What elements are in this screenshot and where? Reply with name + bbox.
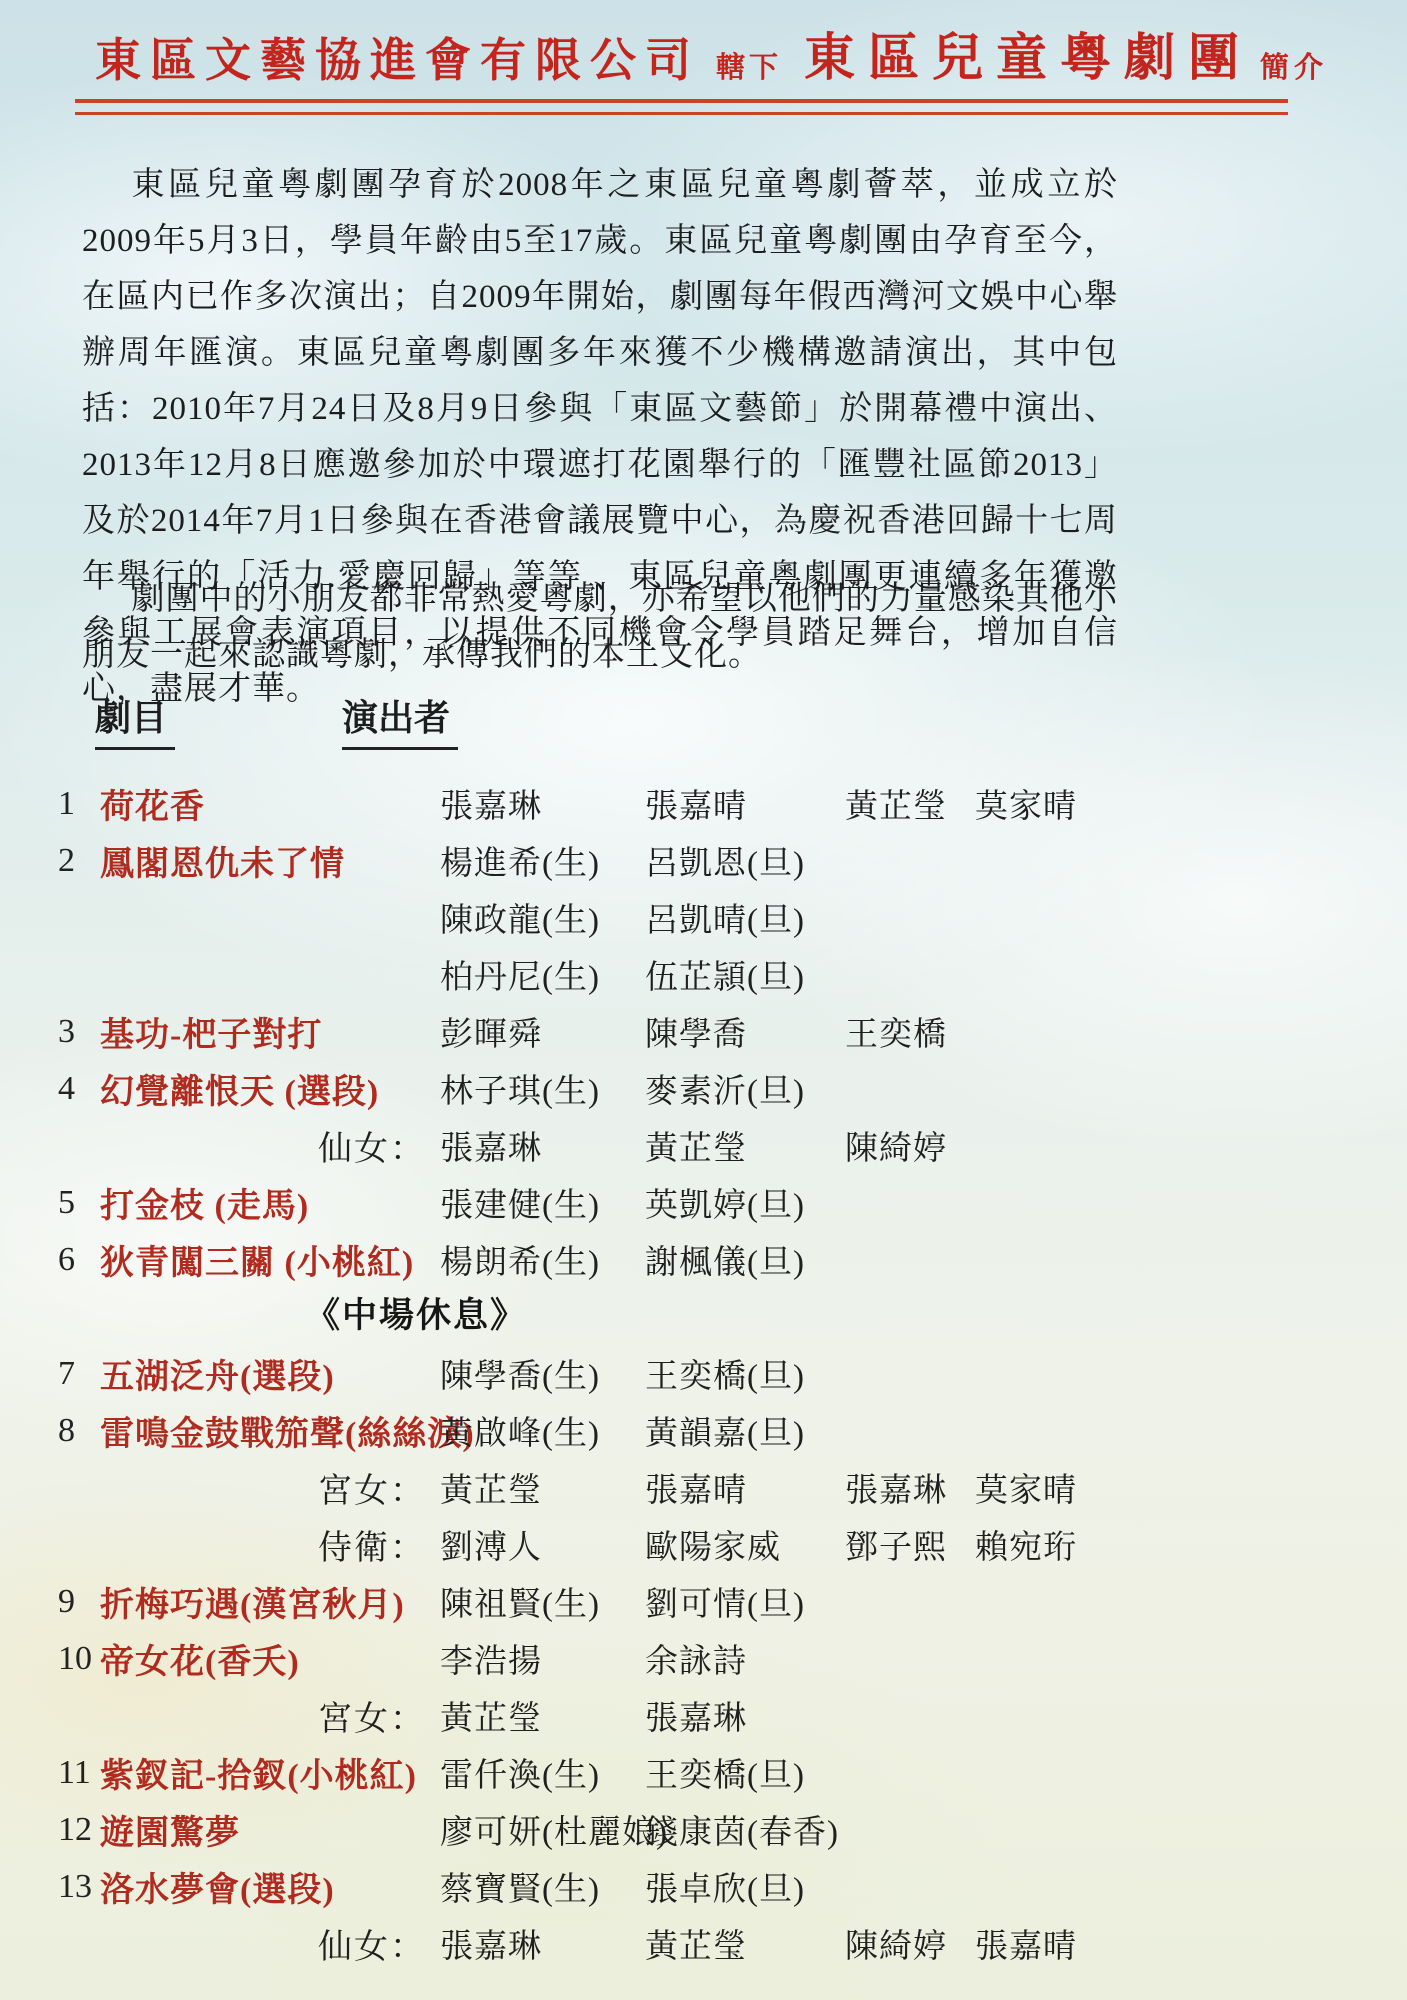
performer-name: 張嘉晴 <box>645 780 845 827</box>
program-item-title: 鳳閣恩仇未了情 <box>100 836 440 885</box>
performer-name: 楊進希(生) <box>440 837 645 884</box>
program-item-number: 7 <box>58 1355 100 1393</box>
performer-name: 張建健(生) <box>440 1179 645 1226</box>
program-row: 10帝女花(香夭)李浩揚余詠詩 <box>58 1630 1367 1687</box>
performer-name: 蔡寶賢(生) <box>440 1863 645 1910</box>
program-item-number: 3 <box>58 1013 100 1051</box>
performer-name: 劉可情(旦) <box>645 1578 845 1625</box>
program-row: 侍衛：劉溥人歐陽家威鄧子熙賴宛珩 <box>58 1516 1367 1573</box>
performer-name: 彭暉舜 <box>440 1008 645 1055</box>
program-item-title: 雷鳴金鼓戰笳聲(絲絲淚) <box>100 1406 440 1455</box>
performer-name: 歐陽家威 <box>645 1521 845 1568</box>
doc-title-troupe: 東區兒童粵劇團 <box>804 16 1252 90</box>
performer-name: 余詠詩 <box>645 1635 845 1682</box>
doc-title-company: 東區文藝協進會有限公司 <box>95 24 700 90</box>
performer-name: 王奕橋 <box>845 1008 975 1055</box>
program-row: 8雷鳴金鼓戰笳聲(絲絲淚)黃啟峰(生)黃韻嘉(旦) <box>58 1402 1367 1459</box>
performer-name: 呂凱恩(旦) <box>645 837 845 884</box>
program-item-title: 幻覺離恨天 (選段) <box>100 1064 440 1113</box>
performer-name: 陳綺婷 <box>845 1122 975 1169</box>
program-item-title: 狄青闖三關 (小桃紅) <box>100 1235 440 1284</box>
program-item-number: 10 <box>58 1640 100 1678</box>
performer-name: 賴宛珩 <box>975 1521 1367 1568</box>
performer-name: 陳綺婷 <box>845 1920 975 1967</box>
program-row: 宮女：黃芷瑩張嘉晴張嘉琳莫家晴 <box>58 1459 1367 1516</box>
program-item-number: 5 <box>58 1184 100 1222</box>
performer-name: 楊朗希(生) <box>440 1236 645 1283</box>
column-header-performers: 演出者 <box>342 690 458 750</box>
program-row: 4幻覺離恨天 (選段)林子琪(生)麥素沂(旦) <box>58 1060 1367 1117</box>
performer-name: 陳學喬(生) <box>440 1350 645 1397</box>
performer-name: 李浩揚 <box>440 1635 645 1682</box>
performer-name: 莫家晴 <box>975 780 1367 827</box>
performer-name: 張嘉琳 <box>645 1692 845 1739</box>
performer-name: 張嘉晴 <box>975 1920 1367 1967</box>
program-row: 6狄青闖三關 (小桃紅)楊朗希(生)謝楓儀(旦) <box>58 1231 1367 1288</box>
performer-name: 陳學喬 <box>645 1008 845 1055</box>
program-row: 柏丹尼(生)伍芷頴(旦) <box>58 946 1367 1003</box>
program-item-title: 帝女花(香夭) <box>100 1634 440 1683</box>
program-item-title: 洛水夢會(選段) <box>100 1862 440 1911</box>
role-prefix: 仙女： <box>100 1121 440 1170</box>
intermission-label: 《中場休息》 <box>305 1296 527 1335</box>
program-row: 2鳳閣恩仇未了情楊進希(生)呂凱恩(旦) <box>58 832 1367 889</box>
role-prefix: 宮女： <box>100 1463 440 1512</box>
performer-name: 劉溥人 <box>440 1521 645 1568</box>
performer-name: 麥素沂(旦) <box>645 1065 845 1112</box>
program-item-number: 9 <box>58 1583 100 1621</box>
program-row: 11紫釵記-拾釵(小桃紅)雷仟渙(生)王奕橋(旦) <box>58 1744 1367 1801</box>
performer-name: 黃芷瑩 <box>645 1920 845 1967</box>
role-prefix: 仙女： <box>100 1919 440 1968</box>
performer-name: 雷仟渙(生) <box>440 1749 645 1796</box>
program-row: 宮女：黃芷瑩張嘉琳 <box>58 1687 1367 1744</box>
program-row: 13洛水夢會(選段)蔡寶賢(生)張卓欣(旦) <box>58 1858 1367 1915</box>
program-item-title: 荷花香 <box>100 779 440 828</box>
program-row: 12遊園驚夢廖可妍(杜麗娘)錢康茵(春香) <box>58 1801 1367 1858</box>
program-row: 仙女：張嘉琳黃芷瑩陳綺婷 <box>58 1117 1367 1174</box>
program-item-number: 11 <box>58 1754 100 1792</box>
performer-name: 錢康茵(春香) <box>645 1806 845 1853</box>
performer-name: 陳祖賢(生) <box>440 1578 645 1625</box>
program-item-title: 折梅巧遇(漢宮秋月) <box>100 1577 440 1626</box>
performer-name: 王奕橋(旦) <box>645 1350 845 1397</box>
role-prefix: 侍衛： <box>100 1520 440 1569</box>
performer-name: 謝楓儀(旦) <box>645 1236 845 1283</box>
performer-name: 林子琪(生) <box>440 1065 645 1112</box>
program-item-title: 基功-杷子對打 <box>100 1007 440 1056</box>
doc-title-suffix: 簡介 <box>1260 45 1328 86</box>
program-row: 陳政龍(生)呂凱晴(旦) <box>58 889 1367 946</box>
program-item-number: 4 <box>58 1070 100 1108</box>
performer-name: 莫家晴 <box>975 1464 1367 1511</box>
program-item-title: 遊園驚夢 <box>100 1805 440 1854</box>
performer-name: 黃芷瑩 <box>845 780 975 827</box>
performer-name: 柏丹尼(生) <box>440 951 645 998</box>
program-row: 9折梅巧遇(漢宮秋月)陳祖賢(生)劉可情(旦) <box>58 1573 1367 1630</box>
program-item-number: 8 <box>58 1412 100 1450</box>
intermission-row: 《中場休息》 <box>58 1288 1367 1345</box>
program-item-title: 打金枝 (走馬) <box>100 1178 440 1227</box>
table-header-row: 劇目 演出者 <box>95 690 458 750</box>
performer-name: 黃芷瑩 <box>440 1692 645 1739</box>
program-item-number: 6 <box>58 1241 100 1279</box>
program-row: 仙女：張嘉琳黃芷瑩陳綺婷張嘉晴 <box>58 1915 1367 1972</box>
mission-paragraph: 劇團中的小朋友都非常熱愛粵劇，亦希望以他們的力量感染其他小朋友一起來認識粵劇，承… <box>82 571 1118 683</box>
performer-name: 鄧子熙 <box>845 1521 975 1568</box>
program-rows: 1荷花香張嘉琳張嘉晴黃芷瑩莫家晴2鳳閣恩仇未了情楊進希(生)呂凱恩(旦)陳政龍(… <box>58 775 1367 1972</box>
performer-name: 黃芷瑩 <box>440 1464 645 1511</box>
program-row: 3基功-杷子對打彭暉舜陳學喬王奕橋 <box>58 1003 1367 1060</box>
program-item-number: 2 <box>58 842 100 880</box>
doc-title-connector: 轄下 <box>716 45 782 86</box>
performer-name: 廖可妍(杜麗娘) <box>440 1806 645 1853</box>
performer-name: 張嘉琳 <box>440 780 645 827</box>
performer-name: 張嘉晴 <box>645 1464 845 1511</box>
role-prefix: 宮女： <box>100 1691 440 1740</box>
program-item-number: 1 <box>58 785 100 823</box>
title-underline-rule <box>75 99 1288 115</box>
performer-name: 張嘉琳 <box>440 1920 645 1967</box>
program-item-number: 12 <box>58 1811 100 1849</box>
program-item-title: 五湖泛舟(選段) <box>100 1349 440 1398</box>
flyer-page: { "title": { "company": "東區文藝協進會有限公司", "… <box>0 0 1407 2000</box>
performer-name: 伍芷頴(旦) <box>645 951 845 998</box>
program-row: 7五湖泛舟(選段)陳學喬(生)王奕橋(旦) <box>58 1345 1367 1402</box>
program-row: 1荷花香張嘉琳張嘉晴黃芷瑩莫家晴 <box>58 775 1367 832</box>
performer-name: 黃啟峰(生) <box>440 1407 645 1454</box>
program-item-title: 紫釵記-拾釵(小桃紅) <box>100 1748 440 1797</box>
program-row: 5打金枝 (走馬)張建健(生)英凱婷(旦) <box>58 1174 1367 1231</box>
performer-name: 英凱婷(旦) <box>645 1179 845 1226</box>
performer-name: 陳政龍(生) <box>440 894 645 941</box>
performer-name: 黃韻嘉(旦) <box>645 1407 845 1454</box>
performer-name: 張卓欣(旦) <box>645 1863 845 1910</box>
performer-name: 呂凱晴(旦) <box>645 894 845 941</box>
performer-name: 張嘉琳 <box>845 1464 975 1511</box>
performer-name: 王奕橋(旦) <box>645 1749 845 1796</box>
performer-name: 張嘉琳 <box>440 1122 645 1169</box>
doc-title: 東區文藝協進會有限公司 轄下 東區兒童粵劇團 簡介 <box>95 16 1347 90</box>
program-item-number: 13 <box>58 1868 100 1906</box>
performer-name: 黃芷瑩 <box>645 1122 845 1169</box>
column-header-repertoire: 劇目 <box>95 690 175 750</box>
